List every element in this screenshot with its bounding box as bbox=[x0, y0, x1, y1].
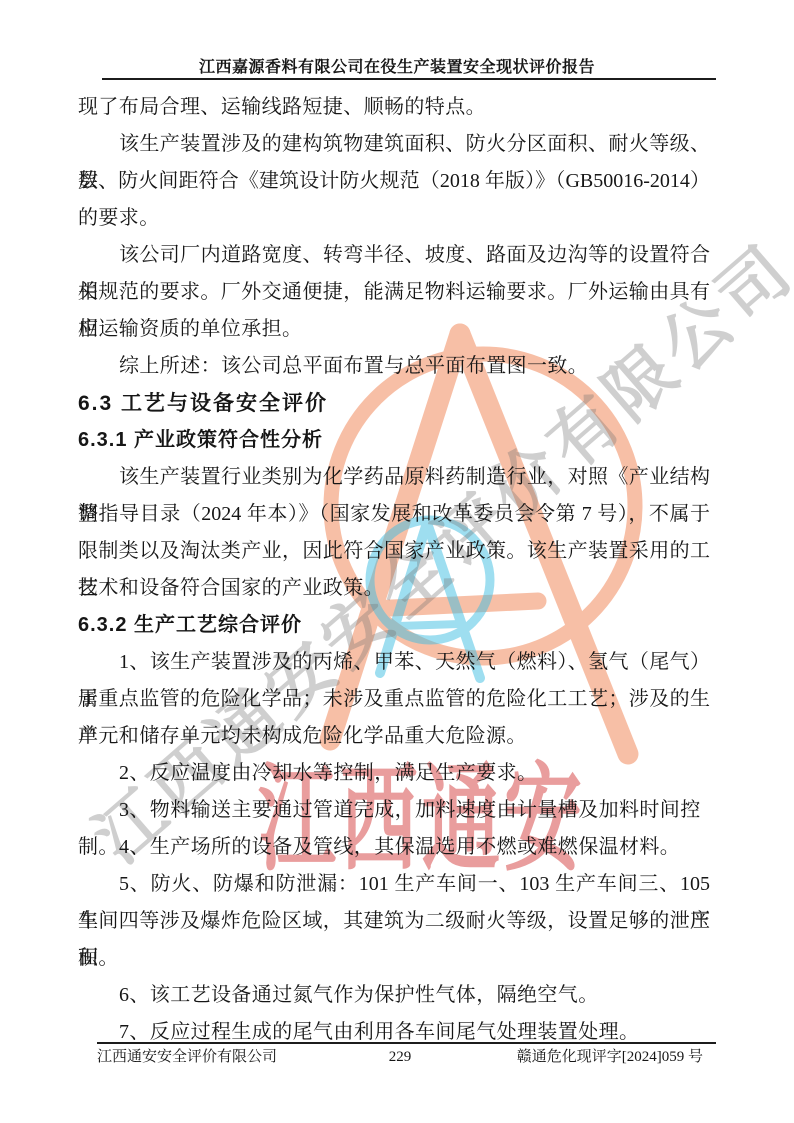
section-heading-6-3-2: 6.3.2 生产工艺综合评价 bbox=[78, 607, 710, 644]
body-line: 4、生产场所的设备及管线，其保温选用不燃或难燃保温材料。 bbox=[78, 829, 710, 866]
body-line: 限制类以及淘汰类产业，因此符合国家产业政策。该生产装置采用的工艺 bbox=[78, 533, 710, 570]
section-heading-6-3-1: 6.3.1 产业政策符合性分析 bbox=[78, 422, 710, 459]
report-page: 江西通安安全评价有限公司 江西通安 江西嘉源香料有限公司在役生产装置安全现状评价… bbox=[0, 0, 794, 1123]
body-line: 综上所述：该公司总平面布置与总平面布置图一致。 bbox=[78, 348, 710, 385]
body-line: 的要求。 bbox=[78, 200, 710, 237]
page-header-title: 江西嘉源香料有限公司在役生产装置安全现状评价报告 bbox=[84, 54, 710, 77]
body-line: 技术和设备符合国家的产业政策。 bbox=[78, 570, 710, 607]
body-line: 现了布局合理、运输线路短捷、顺畅的特点。 bbox=[78, 89, 710, 126]
body-line: 该生产装置行业类别为化学药品原料药制造行业，对照《产业结构调 bbox=[78, 459, 710, 496]
body-line: 积。 bbox=[78, 940, 710, 977]
body-line: 3、物料输送主要通过管道完成，加料速度由计量槽及加料时间控制。 bbox=[78, 792, 710, 829]
footer-rule bbox=[97, 1042, 716, 1044]
body-line: 应运输资质的单位承担。 bbox=[78, 311, 710, 348]
body-line: 关规范的要求。厂外交通便捷，能满足物料运输要求。厂外运输由具有相 bbox=[78, 274, 710, 311]
body-line: 数、防火间距符合《建筑设计防火规范（2018 年版）》（GB50016-2014… bbox=[78, 163, 710, 200]
body-line: 车间四等涉及爆炸危险区域，其建筑为二级耐火等级，设置足够的泄压面 bbox=[78, 903, 710, 940]
body-line: 1、该生产装置涉及的丙烯、甲苯、天然气（燃料）、氢气（尾气）属 bbox=[78, 644, 710, 681]
body-line: 2、反应温度由冷却水等控制，满足生产要求。 bbox=[78, 755, 710, 792]
body-line: 该公司厂内道路宽度、转弯半径、坡度、路面及边沟等的设置符合相 bbox=[78, 237, 710, 274]
body-line: 整指导目录（2024 年本）》（国家发展和改革委员会令第 7 号），不属于 bbox=[78, 496, 710, 533]
body-line: 5、防火、防爆和防泄漏：101 生产车间一、103 生产车间三、105 生产 bbox=[78, 866, 710, 903]
body-text: 现了布局合理、运输线路短捷、顺畅的特点。 该生产装置涉及的建构筑物建筑面积、防火… bbox=[78, 89, 710, 1051]
body-line: 单元和储存单元均未构成危险化学品重大危险源。 bbox=[78, 718, 710, 755]
section-heading-6-3: 6.3 工艺与设备安全评价 bbox=[78, 385, 710, 422]
footer-company: 江西通安安全评价有限公司 bbox=[97, 1046, 277, 1068]
footer-doc-number: 赣通危化现评字[2024]059 号 bbox=[517, 1046, 703, 1068]
text-layer: 江西嘉源香料有限公司在役生产装置安全现状评价报告 现了布局合理、运输线路短捷、顺… bbox=[0, 0, 794, 1123]
body-line: 6、该工艺设备通过氮气作为保护性气体，隔绝空气。 bbox=[78, 977, 710, 1014]
body-line: 于重点监管的危险化学品；未涉及重点监管的危险化工工艺；涉及的生产 bbox=[78, 681, 710, 718]
header-rule bbox=[102, 78, 716, 80]
body-line: 该生产装置涉及的建构筑物建筑面积、防火分区面积、耐火等级、层 bbox=[78, 126, 710, 163]
